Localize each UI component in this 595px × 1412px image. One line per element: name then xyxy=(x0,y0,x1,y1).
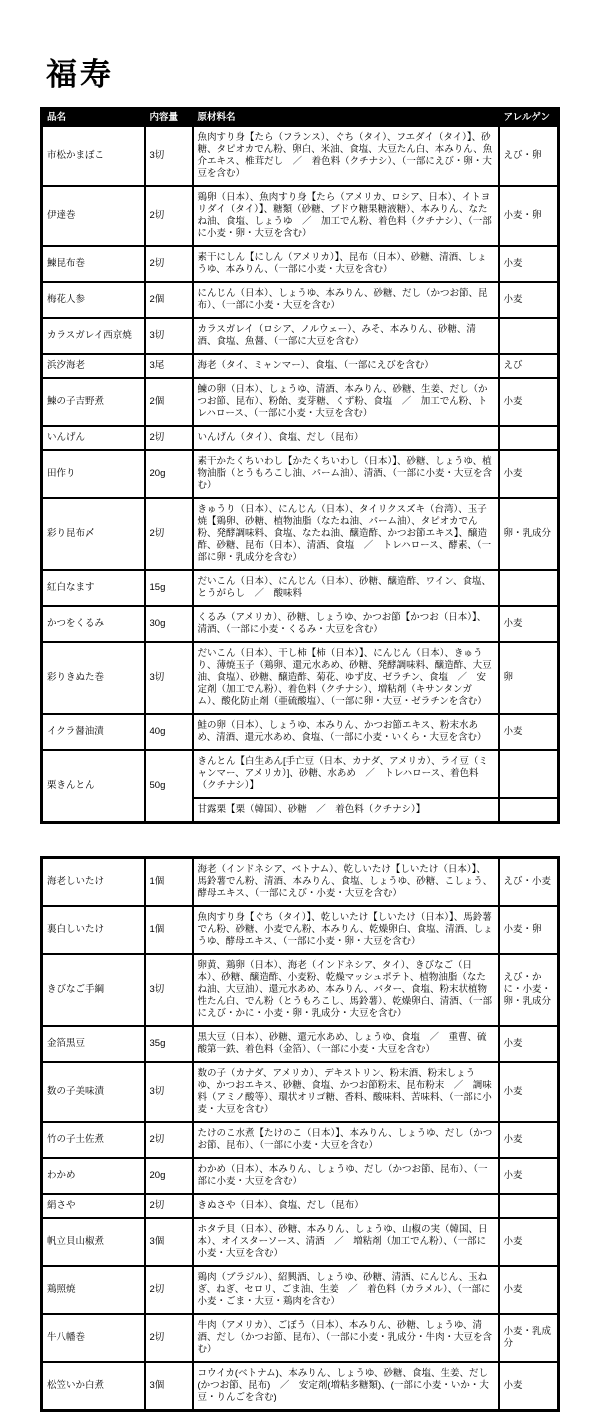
allergen-cell: 小麦 xyxy=(499,1218,559,1266)
table-row: 彩りきぬた巻3切だいこん（日本）、干し柿【柿（日本）】、にんじん（日本）、きゅう… xyxy=(42,642,559,714)
ingredients-cell: 甘露栗【栗（韓国）、砂糖 ／ 着色料（クチナシ）】 xyxy=(193,798,499,823)
amount-cell: 3切 xyxy=(145,126,193,186)
table-2-body: 海老しいたけ1個海老（インドネシア、ベトナム）、乾しいたけ【しいたけ（日本）】、… xyxy=(42,858,559,1411)
product-name-cell: 紅白なます xyxy=(42,570,145,606)
product-name-cell: 市松かまぼこ xyxy=(42,126,145,186)
allergen-cell: えび・小麦 xyxy=(499,858,559,907)
ingredients-cell: にんじん（日本）、しょうゆ、本みりん、砂糖、だし（かつお節、昆布）、（一部に小麦… xyxy=(193,282,499,318)
amount-cell: 3切 xyxy=(145,318,193,354)
ingredients-cell: 海老（インドネシア、ベトナム）、乾しいたけ【しいたけ（日本）】、馬鈴薯でん粉、清… xyxy=(193,858,499,907)
product-name-cell: 鰊昆布巻 xyxy=(42,246,145,282)
ingredients-cell: いんげん（タイ）、食塩、だし（昆布） xyxy=(193,426,499,450)
table-row: 伊達巻2切鶏卵（日本）、魚肉すり身【たら（アメリカ、ロシア、日本）、イトヨリダイ… xyxy=(42,186,559,246)
allergen-cell: 小麦 xyxy=(499,282,559,318)
product-name-cell: カラスガレイ西京焼 xyxy=(42,318,145,354)
table-row: 裏白しいたけ1個魚肉すり身【ぐち（タイ）】、乾しいたけ【しいたけ（日本）】、馬鈴… xyxy=(42,906,559,954)
header-row: 品名 内容量 原材料名 アレルゲン xyxy=(42,109,559,127)
allergen-cell: 小麦 xyxy=(499,1158,559,1194)
table-row: イクラ醤油漬40g鮭の卵（日本）、しょうゆ、本みりん、かつお節エキス、粉末水あめ… xyxy=(42,714,559,750)
table-row: 彩り昆布〆2切きゅうり（日本）、にんじん（日本）、タイリクスズキ（台湾）、玉子焼… xyxy=(42,498,559,570)
product-name-cell: 栗きんとん xyxy=(42,750,145,823)
table-row: 紅白なます15gだいこん（日本）、にんじん（日本）、砂糖、醸造酢、ワイン、食塩、… xyxy=(42,570,559,606)
product-name-cell: 鶏照焼 xyxy=(42,1266,145,1314)
column-header-product-name: 品名 xyxy=(42,109,145,127)
allergen-cell: 小麦 xyxy=(499,1266,559,1314)
product-name-cell: 帆立貝山椒煮 xyxy=(42,1218,145,1266)
ingredients-cell: くるみ（アメリカ）、砂糖、しょうゆ、かつお節【かつお（日本）】、清酒、（一部に小… xyxy=(193,606,499,642)
amount-cell: 2切 xyxy=(145,1194,193,1218)
amount-cell: 3切 xyxy=(145,642,193,714)
allergen-cell: 小麦・乳成分 xyxy=(499,1314,559,1362)
amount-cell: 30g xyxy=(145,606,193,642)
allergen-cell: えび・かに・小麦・卵・乳成分 xyxy=(499,954,559,1026)
table-row: 絹さや2切きぬさや（日本）、食塩、だし（昆布） xyxy=(42,1194,559,1218)
amount-cell: 3個 xyxy=(145,1218,193,1266)
product-name-cell: 裏白しいたけ xyxy=(42,906,145,954)
product-name-cell: かつをくるみ xyxy=(42,606,145,642)
allergen-cell: 小麦 xyxy=(499,450,559,498)
allergen-cell xyxy=(499,750,559,798)
amount-cell: 20g xyxy=(145,450,193,498)
ingredients-cell: 魚肉すり身【たら（フランス）、ぐち（タイ）、フエダイ（タイ）】、砂糖、タピオカで… xyxy=(193,126,499,186)
document-page: 福寿 品名 内容量 原材料名 アレルゲン 市松かまぼこ3切魚肉すり身【たら（フラ… xyxy=(0,0,595,1412)
table-row: 栗きんとん50gきんとん【白生あん[手亡豆（日本、カナダ、アメリカ）、ライ豆（ミ… xyxy=(42,750,559,798)
amount-cell: 2切 xyxy=(145,426,193,450)
ingredients-cell: きんとん【白生あん[手亡豆（日本、カナダ、アメリカ）、ライ豆（ミャンマー、アメリ… xyxy=(193,750,499,798)
allergen-cell xyxy=(499,798,559,823)
allergen-cell: 小麦 xyxy=(499,1122,559,1158)
table-row: 竹の子土佐煮2切たけのこ水煮【たけのこ（日本）】、本みりん、しょうゆ、だし（かつ… xyxy=(42,1122,559,1158)
ingredients-cell: コウイカ(ベトナム)、本みりん、しょうゆ、砂糖、食塩、生姜、だし(かつお節、昆布… xyxy=(193,1362,499,1411)
table-row: かつをくるみ30gくるみ（アメリカ）、砂糖、しょうゆ、かつお節【かつお（日本）】… xyxy=(42,606,559,642)
amount-cell: 2切 xyxy=(145,246,193,282)
table-row: 鰊昆布巻2切素干にしん【にしん（アメリカ）】、昆布（日本）、砂糖、清酒、しょうゆ… xyxy=(42,246,559,282)
allergen-cell: 小麦 xyxy=(499,378,559,426)
table-row: きびなご手綱3切卵黄、鶏卵（日本）、海老（インドネシア、タイ）、きびなご（日本）… xyxy=(42,954,559,1026)
amount-cell: 3切 xyxy=(145,1062,193,1122)
product-name-cell: 海老しいたけ xyxy=(42,858,145,907)
table-row: 海老しいたけ1個海老（インドネシア、ベトナム）、乾しいたけ【しいたけ（日本）】、… xyxy=(42,858,559,907)
amount-cell: 2切 xyxy=(145,1314,193,1362)
ingredients-cell: わかめ（日本）、本みりん、しょうゆ、だし（かつお節、昆布）、（一部に小麦・大豆を… xyxy=(193,1158,499,1194)
ingredients-cell: 魚肉すり身【ぐち（タイ）】、乾しいたけ【しいたけ（日本）】、馬鈴薯でん粉、砂糖、… xyxy=(193,906,499,954)
ingredients-cell: 数の子（カナダ、アメリカ）、デキストリン、粉末酒、粉末しょうゆ、かつおエキス、砂… xyxy=(193,1062,499,1122)
ingredients-cell: 鰊の卵（日本）、しょうゆ、清酒、本みりん、砂糖、生姜、だし（かつお節、昆布）、粉… xyxy=(193,378,499,426)
allergen-cell xyxy=(499,318,559,354)
ingredients-cell: 鶏肉（ブラジル）、紹興酒、しょうゆ、砂糖、清酒、にんじん、玉ねぎ、ねぎ、セロリ、… xyxy=(193,1266,499,1314)
allergen-cell xyxy=(499,1194,559,1218)
amount-cell: 20g xyxy=(145,1158,193,1194)
allergen-cell: えび・卵 xyxy=(499,126,559,186)
product-name-cell: 浜汐海老 xyxy=(42,354,145,378)
table-row: 田作り20g素干かたくちいわし【かたくちいわし（日本）】、砂糖、しょうゆ、植物油… xyxy=(42,450,559,498)
page-title: 福寿 xyxy=(0,0,595,94)
table-row: カラスガレイ西京焼3切カラスガレイ（ロシア、ノルウェー）、みそ、本みりん、砂糖、… xyxy=(42,318,559,354)
product-name-cell: 金箔黒豆 xyxy=(42,1026,145,1062)
product-name-cell: いんげん xyxy=(42,426,145,450)
product-name-cell: 鰊の子吉野煮 xyxy=(42,378,145,426)
allergen-cell: えび xyxy=(499,354,559,378)
ingredients-cell: 素干かたくちいわし【かたくちいわし（日本）】、砂糖、しょうゆ、植物油脂（とうもろ… xyxy=(193,450,499,498)
allergen-cell: 小麦 xyxy=(499,606,559,642)
allergen-cell: 小麦・卵 xyxy=(499,186,559,246)
ingredients-cell: たけのこ水煮【たけのこ（日本）】、本みりん、しょうゆ、だし（かつお節、昆布）、（… xyxy=(193,1122,499,1158)
ingredients-cell: 牛肉（アメリカ）、ごぼう（日本）、本みりん、砂糖、しょうゆ、清酒、だし（かつお節… xyxy=(193,1314,499,1362)
ingredients-cell: 鶏卵（日本）、魚肉すり身【たら（アメリカ、ロシア、日本）、イトヨリダイ（タイ）】… xyxy=(193,186,499,246)
table-row: 金箔黒豆35g黒大豆（日本）、砂糖、還元水あめ、しょうゆ、食塩 ／ 重曹、硫酸第… xyxy=(42,1026,559,1062)
column-header-ingredients: 原材料名 xyxy=(193,109,499,127)
product-name-cell: イクラ醤油漬 xyxy=(42,714,145,750)
amount-cell: 2切 xyxy=(145,498,193,570)
amount-cell: 2切 xyxy=(145,1122,193,1158)
ingredients-cell: 素干にしん【にしん（アメリカ）】、昆布（日本）、砂糖、清酒、しょうゆ、本みりん、… xyxy=(193,246,499,282)
table-row: 数の子美味漬3切数の子（カナダ、アメリカ）、デキストリン、粉末酒、粉末しょうゆ、… xyxy=(42,1062,559,1122)
amount-cell: 1個 xyxy=(145,858,193,907)
allergen-cell: 小麦 xyxy=(499,1362,559,1411)
amount-cell: 40g xyxy=(145,714,193,750)
ingredients-table-1: 品名 内容量 原材料名 アレルゲン 市松かまぼこ3切魚肉すり身【たら（フランス）… xyxy=(40,107,560,824)
ingredients-cell: 鮭の卵（日本）、しょうゆ、本みりん、かつお節エキス、粉末水あめ、清酒、還元水あめ… xyxy=(193,714,499,750)
table-row: 梅花人参2個にんじん（日本）、しょうゆ、本みりん、砂糖、だし（かつお節、昆布）、… xyxy=(42,282,559,318)
table-row: 帆立貝山椒煮3個ホタテ貝（日本）、砂糖、本みりん、しょうゆ、山椒の実（韓国、日本… xyxy=(42,1218,559,1266)
ingredients-cell: カラスガレイ（ロシア、ノルウェー）、みそ、本みりん、砂糖、清酒、食塩、魚醤、（一… xyxy=(193,318,499,354)
allergen-cell: 小麦 xyxy=(499,1062,559,1122)
ingredients-cell: だいこん（日本）、にんじん（日本）、砂糖、醸造酢、ワイン、食塩、とうがらし ／ … xyxy=(193,570,499,606)
table-row: 鶏照焼2切鶏肉（ブラジル）、紹興酒、しょうゆ、砂糖、清酒、にんじん、玉ねぎ、ねぎ… xyxy=(42,1266,559,1314)
amount-cell: 3尾 xyxy=(145,354,193,378)
product-name-cell: 伊達巻 xyxy=(42,186,145,246)
product-name-cell: 田作り xyxy=(42,450,145,498)
ingredients-cell: 卵黄、鶏卵（日本）、海老（インドネシア、タイ）、きびなご（日本）、砂糖、醸造酢、… xyxy=(193,954,499,1026)
ingredients-cell: きゅうり（日本）、にんじん（日本）、タイリクスズキ（台湾）、玉子焼【鶏卵、砂糖、… xyxy=(193,498,499,570)
column-header-amount: 内容量 xyxy=(145,109,193,127)
product-name-cell: 彩り昆布〆 xyxy=(42,498,145,570)
product-name-cell: 彩りきぬた巻 xyxy=(42,642,145,714)
allergen-cell: 小麦 xyxy=(499,714,559,750)
table-row: 牛八幡巻2切牛肉（アメリカ）、ごぼう（日本）、本みりん、砂糖、しょうゆ、清酒、だ… xyxy=(42,1314,559,1362)
table-row: いんげん2切いんげん（タイ）、食塩、だし（昆布） xyxy=(42,426,559,450)
column-header-allergen: アレルゲン xyxy=(499,109,559,127)
product-name-cell: きびなご手綱 xyxy=(42,954,145,1026)
table-row: 浜汐海老3尾海老（タイ、ミャンマー）、食塩、（一部にえびを含む）えび xyxy=(42,354,559,378)
table-row: 松笠いか白煮3個コウイカ(ベトナム)、本みりん、しょうゆ、砂糖、食塩、生姜、だし… xyxy=(42,1362,559,1411)
table-1-body: 市松かまぼこ3切魚肉すり身【たら（フランス）、ぐち（タイ）、フエダイ（タイ）】、… xyxy=(42,126,559,823)
allergen-cell xyxy=(499,570,559,606)
allergen-cell: 小麦・卵 xyxy=(499,906,559,954)
product-name-cell: 絹さや xyxy=(42,1194,145,1218)
product-name-cell: 松笠いか白煮 xyxy=(42,1362,145,1411)
amount-cell: 1個 xyxy=(145,906,193,954)
product-name-cell: 牛八幡巻 xyxy=(42,1314,145,1362)
table-row: わかめ20gわかめ（日本）、本みりん、しょうゆ、だし（かつお節、昆布）、（一部に… xyxy=(42,1158,559,1194)
amount-cell: 2切 xyxy=(145,186,193,246)
product-name-cell: わかめ xyxy=(42,1158,145,1194)
amount-cell: 2個 xyxy=(145,282,193,318)
amount-cell: 15g xyxy=(145,570,193,606)
amount-cell: 2切 xyxy=(145,1266,193,1314)
product-name-cell: 梅花人参 xyxy=(42,282,145,318)
ingredients-cell: 海老（タイ、ミャンマー）、食塩、（一部にえびを含む） xyxy=(193,354,499,378)
ingredients-cell: きぬさや（日本）、食塩、だし（昆布） xyxy=(193,1194,499,1218)
allergen-cell: 小麦 xyxy=(499,246,559,282)
amount-cell: 3個 xyxy=(145,1362,193,1411)
amount-cell: 50g xyxy=(145,750,193,823)
product-name-cell: 竹の子土佐煮 xyxy=(42,1122,145,1158)
allergen-cell xyxy=(499,426,559,450)
amount-cell: 3切 xyxy=(145,954,193,1026)
ingredients-table-2: 海老しいたけ1個海老（インドネシア、ベトナム）、乾しいたけ【しいたけ（日本）】、… xyxy=(40,856,560,1412)
ingredients-cell: 黒大豆（日本）、砂糖、還元水あめ、しょうゆ、食塩 ／ 重曹、硫酸第一鉄、着色料（… xyxy=(193,1026,499,1062)
allergen-cell: 卵 xyxy=(499,642,559,714)
table-row: 鰊の子吉野煮2個鰊の卵（日本）、しょうゆ、清酒、本みりん、砂糖、生姜、だし（かつ… xyxy=(42,378,559,426)
table-row: 市松かまぼこ3切魚肉すり身【たら（フランス）、ぐち（タイ）、フエダイ（タイ）】、… xyxy=(42,126,559,186)
allergen-cell: 卵・乳成分 xyxy=(499,498,559,570)
product-name-cell: 数の子美味漬 xyxy=(42,1062,145,1122)
amount-cell: 35g xyxy=(145,1026,193,1062)
ingredients-cell: だいこん（日本）、干し柿【柿（日本）】、にんじん（日本）、きゅうり、薄焼玉子（鶏… xyxy=(193,642,499,714)
amount-cell: 2個 xyxy=(145,378,193,426)
allergen-cell: 小麦 xyxy=(499,1026,559,1062)
ingredients-cell: ホタテ貝（日本）、砂糖、本みりん、しょうゆ、山椒の実（韓国、日本）、オイスターソ… xyxy=(193,1218,499,1266)
